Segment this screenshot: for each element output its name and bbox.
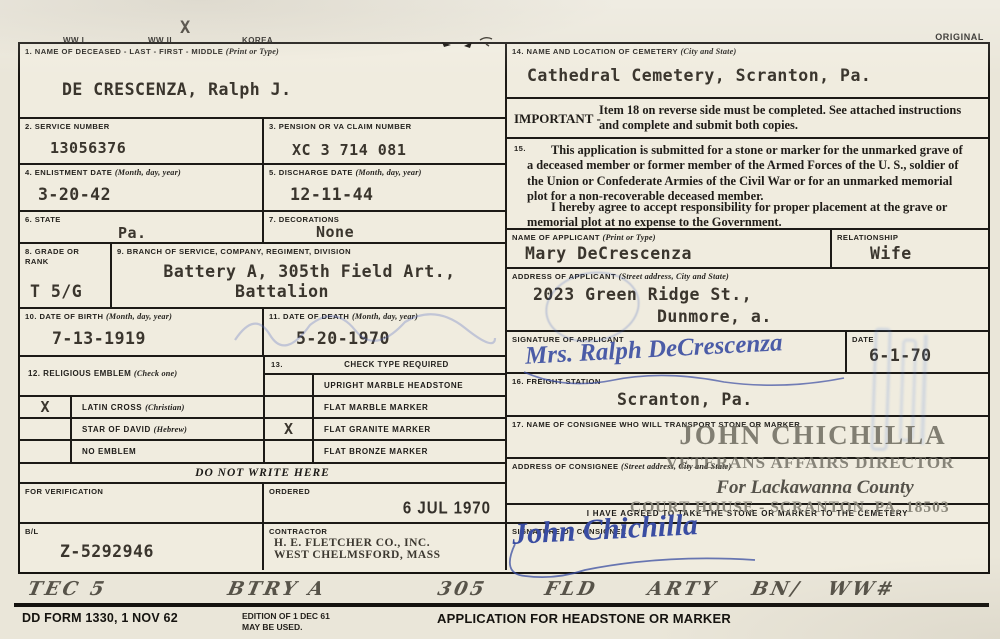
- type-option-upright-marble: UPRIGHT MARBLE HEADSTONE: [314, 375, 507, 397]
- field-state: 6. STATE Pa.: [20, 212, 264, 244]
- birth-value: 7-13-1919: [52, 329, 146, 348]
- field-decorations: 7. DECORATIONS None: [264, 212, 507, 244]
- form-body: 1. NAME OF DECEASED - LAST - FIRST - MID…: [18, 42, 990, 574]
- latin-cross-label: LATIN CROSS: [82, 403, 142, 412]
- discharge-value: 12-11-44: [290, 185, 373, 204]
- flat-granite-mark: X: [284, 420, 293, 438]
- flat-bronze-label: FLAT BRONZE MARKER: [314, 441, 505, 462]
- freight-value: Scranton, Pa.: [617, 390, 753, 409]
- field-name-of-deceased: 1. NAME OF DECEASED - LAST - FIRST - MID…: [20, 44, 507, 119]
- applicant-signature-label: SIGNATURE OF APPLICANT: [507, 332, 845, 345]
- field-applicant-address: ADDRESS OF APPLICANT (Street address, Ci…: [507, 269, 988, 332]
- pencil-note-part: TEC 5: [26, 578, 109, 600]
- agreement-text: I HAVE AGREED TO TAKE THE STONE OR MARKE…: [587, 509, 909, 518]
- emblem-hint: (Check one): [134, 369, 177, 378]
- applicant-address-line2: Dunmore, a.: [657, 307, 772, 326]
- type-checkbox-upright-marble: [265, 375, 314, 397]
- field-for-verification: FOR VERIFICATION: [20, 484, 264, 524]
- emblem-option-star-of-david: STAR OF DAVID (Hebrew): [72, 419, 265, 441]
- date-label: DATE: [847, 332, 988, 345]
- field-consignee-signature: SIGNATURE OF CONSIGNEE: [507, 524, 988, 570]
- consignee-address-hint: (Street address, City and State): [621, 462, 731, 471]
- do-not-write-label: DO NOT WRITE HERE: [195, 467, 330, 479]
- applicant-name-label: NAME OF APPLICANT: [512, 233, 600, 242]
- consignee-name-label: 17. NAME OF CONSIGNEE WHO WILL TRANSPORT…: [507, 417, 988, 430]
- field-date-of-birth: 10. DATE OF BIRTH (Month, day, year) 7-1…: [20, 309, 264, 357]
- emblem-checkbox-no-emblem: [20, 441, 72, 464]
- do-not-write-banner: DO NOT WRITE HERE: [20, 464, 507, 484]
- emblem-checkbox-latin-cross: X: [20, 397, 72, 419]
- type-option-flat-bronze: FLAT BRONZE MARKER: [314, 441, 507, 464]
- discharge-label: 5. DISCHARGE DATE: [269, 168, 353, 177]
- field-ordered: ORDERED 6 JUL 1970: [264, 484, 507, 524]
- service-number-label: 2. SERVICE NUMBER: [20, 119, 262, 132]
- star-of-david-label: STAR OF DAVID: [82, 425, 151, 434]
- name-label: 1. NAME OF DECEASED - LAST - FIRST - MID…: [25, 47, 223, 56]
- no-emblem-label: NO EMBLEM: [82, 447, 136, 456]
- pencil-note-part: WW#: [826, 578, 898, 600]
- scanned-form-dd-1330: WW I WW II X KOREA ORIGINAL 1. NAME OF D…: [0, 0, 1000, 639]
- state-value: Pa.: [118, 224, 147, 242]
- enlistment-label: 4. ENLISTMENT DATE: [25, 168, 112, 177]
- claim-number-label: 3. PENSION OR VA CLAIM NUMBER: [264, 119, 505, 132]
- emblem-checkbox-star-of-david: [20, 419, 72, 441]
- pencil-note-row: TEC 5 BTRY A 305 FLD ARTY BN/ WW#: [0, 578, 1000, 606]
- pencil-note-part: BTRY A: [226, 578, 329, 600]
- contractor-line2: WEST CHELMSFORD, MASS: [274, 549, 441, 561]
- death-label: 11. DATE OF DEATH: [269, 312, 349, 321]
- name-hint: (Print or Type): [226, 47, 279, 56]
- form-title: APPLICATION FOR HEADSTONE OR MARKER: [437, 611, 731, 626]
- birth-hint: (Month, day, year): [106, 312, 172, 321]
- emblem-header: 12. RELIGIOUS EMBLEM (Check one): [20, 357, 265, 397]
- applicant-name-hint: (Print or Type): [603, 233, 656, 242]
- field-date-of-death: 11. DATE OF DEATH (Month, day, year) 5-2…: [264, 309, 507, 357]
- type-option-flat-granite: FLAT GRANITE MARKER: [314, 419, 507, 441]
- decorations-value: None: [316, 223, 354, 241]
- branch-value-line1: Battery A, 305th Field Art.,: [112, 262, 507, 281]
- decorations-label: 7. DECORATIONS: [264, 212, 505, 225]
- freight-label: 16. FREIGHT STATION: [507, 374, 988, 387]
- cemetery-label: 14. NAME AND LOCATION OF CEMETERY: [512, 47, 678, 56]
- edition-line2: MAY BE USED.: [242, 622, 330, 633]
- edition-line1: EDITION OF 1 DEC 61: [242, 611, 330, 622]
- bl-label: B/L: [20, 524, 262, 537]
- applicant-address-label: ADDRESS OF APPLICANT: [512, 272, 616, 281]
- item15-statement: 15. This application is submitted for a …: [507, 139, 988, 230]
- grade-label: 8. GRADE OR RANK: [20, 244, 87, 267]
- type-required-label: CHECK TYPE REQUIRED: [285, 357, 505, 373]
- important-notice: IMPORTANT - Item 18 on reverse side must…: [507, 99, 988, 139]
- field-relationship: RELATIONSHIP Wife: [832, 230, 988, 269]
- important-text: Item 18 on reverse side must be complete…: [599, 103, 974, 134]
- service-number-value: 13056376: [50, 139, 126, 157]
- field-consignee-address: ADDRESS OF CONSIGNEE (Street address, Ci…: [507, 459, 988, 505]
- branch-label: 9. BRANCH OF SERVICE, COMPANY, REGIMENT,…: [112, 244, 505, 257]
- pencil-note-part: ARTY: [646, 578, 721, 600]
- type-checkbox-flat-marble: [265, 397, 314, 419]
- type-required-number: 13.: [265, 357, 285, 373]
- contractor-line1: H. E. FLETCHER CO., INC.: [274, 537, 441, 549]
- cemetery-value: Cathedral Cemetery, Scranton, Pa.: [527, 66, 871, 85]
- field-freight-station: 16. FREIGHT STATION Scranton, Pa.: [507, 374, 988, 417]
- ordered-label: ORDERED: [264, 484, 505, 497]
- bl-value: Z-5292946: [60, 542, 154, 561]
- type-required-header: 13. CHECK TYPE REQUIRED: [265, 357, 507, 375]
- consignee-address-label: ADDRESS OF CONSIGNEE: [512, 462, 618, 471]
- field-applicant-name: NAME OF APPLICANT (Print or Type) Mary D…: [507, 230, 832, 269]
- field-date: DATE 6-1-70: [847, 332, 988, 374]
- state-label: 6. STATE: [20, 212, 262, 225]
- relationship-value: Wife: [870, 244, 912, 263]
- emblem-label: 12. RELIGIOUS EMBLEM: [28, 369, 131, 378]
- ww2-check-mark: X: [180, 18, 190, 38]
- emblem-option-latin-cross: LATIN CROSS (Christian): [72, 397, 265, 419]
- pencil-note-part: FLD: [543, 578, 600, 600]
- field-applicant-signature: SIGNATURE OF APPLICANT: [507, 332, 847, 374]
- field-service-number: 2. SERVICE NUMBER 13056376: [20, 119, 264, 165]
- consignee-agreement: I HAVE AGREED TO TAKE THE STONE OR MARKE…: [507, 505, 988, 524]
- death-value: 5-20-1970: [296, 329, 390, 348]
- item15-number: 15.: [509, 141, 528, 154]
- latin-cross-mark: X: [40, 398, 49, 416]
- cemetery-hint: (City and State): [680, 47, 736, 56]
- emblem-option-no-emblem: NO EMBLEM: [72, 441, 265, 464]
- field-enlistment-date: 4. ENLISTMENT DATE (Month, day, year) 3-…: [20, 165, 264, 212]
- flat-marble-label: FLAT MARBLE MARKER: [314, 397, 505, 417]
- form-id: DD FORM 1330, 1 NOV 62: [22, 611, 178, 625]
- grade-value: T 5/G: [30, 282, 82, 301]
- field-contractor: CONTRACTOR H. E. FLETCHER CO., INC. WEST…: [264, 524, 507, 570]
- consignee-signature-label: SIGNATURE OF CONSIGNEE: [507, 524, 988, 537]
- field-bl: B/L Z-5292946: [20, 524, 264, 570]
- enlistment-value: 3-20-42: [38, 185, 111, 204]
- contractor-label: CONTRACTOR: [264, 524, 505, 537]
- field-claim-number: 3. PENSION OR VA CLAIM NUMBER XC 3 714 0…: [264, 119, 507, 165]
- birth-label: 10. DATE OF BIRTH: [25, 312, 103, 321]
- edition-note: EDITION OF 1 DEC 61 MAY BE USED.: [242, 611, 330, 633]
- verification-label: FOR VERIFICATION: [20, 484, 262, 497]
- ordered-date-stamp: 6 JUL 1970: [403, 499, 491, 519]
- star-of-david-hint: (Hebrew): [154, 425, 187, 434]
- applicant-address-line1: 2023 Green Ridge St.,: [533, 285, 752, 304]
- field-branch-of-service: 9. BRANCH OF SERVICE, COMPANY, REGIMENT,…: [112, 244, 507, 309]
- branch-value-line2: Battalion: [112, 282, 452, 301]
- latin-cross-hint: (Christian): [145, 403, 185, 412]
- type-checkbox-flat-bronze: [265, 441, 314, 464]
- upright-marble-label: UPRIGHT MARBLE HEADSTONE: [314, 375, 505, 395]
- item15-paragraph1: This application is submitted for a ston…: [527, 143, 967, 205]
- field-consignee-name: 17. NAME OF CONSIGNEE WHO WILL TRANSPORT…: [507, 417, 988, 459]
- discharge-hint: (Month, day, year): [355, 168, 421, 177]
- type-option-flat-marble: FLAT MARBLE MARKER: [314, 397, 507, 419]
- pencil-note-part: BN/: [750, 578, 804, 600]
- field-cemetery: 14. NAME AND LOCATION OF CEMETERY (City …: [507, 44, 988, 99]
- item15-paragraph2: I hereby agree to accept responsibility …: [527, 200, 967, 231]
- name-value: DE CRESCENZA, Ralph J.: [62, 80, 292, 99]
- enlistment-hint: (Month, day, year): [115, 168, 181, 177]
- relationship-label: RELATIONSHIP: [832, 230, 988, 243]
- applicant-address-hint: (Street address, City and State): [619, 272, 729, 281]
- flat-granite-label: FLAT GRANITE MARKER: [314, 419, 505, 439]
- important-label: IMPORTANT -: [514, 111, 601, 127]
- type-checkbox-flat-granite: X: [265, 419, 314, 441]
- field-grade-rank: 8. GRADE OR RANK T 5/G: [20, 244, 112, 309]
- date-value: 6-1-70: [869, 346, 932, 365]
- applicant-name-value: Mary DeCrescenza: [525, 244, 692, 263]
- death-hint: (Month, day, year): [352, 312, 418, 321]
- pencil-note-part: 305: [436, 578, 489, 600]
- field-discharge-date: 5. DISCHARGE DATE (Month, day, year) 12-…: [264, 165, 507, 212]
- claim-number-value: XC 3 714 081: [292, 141, 406, 159]
